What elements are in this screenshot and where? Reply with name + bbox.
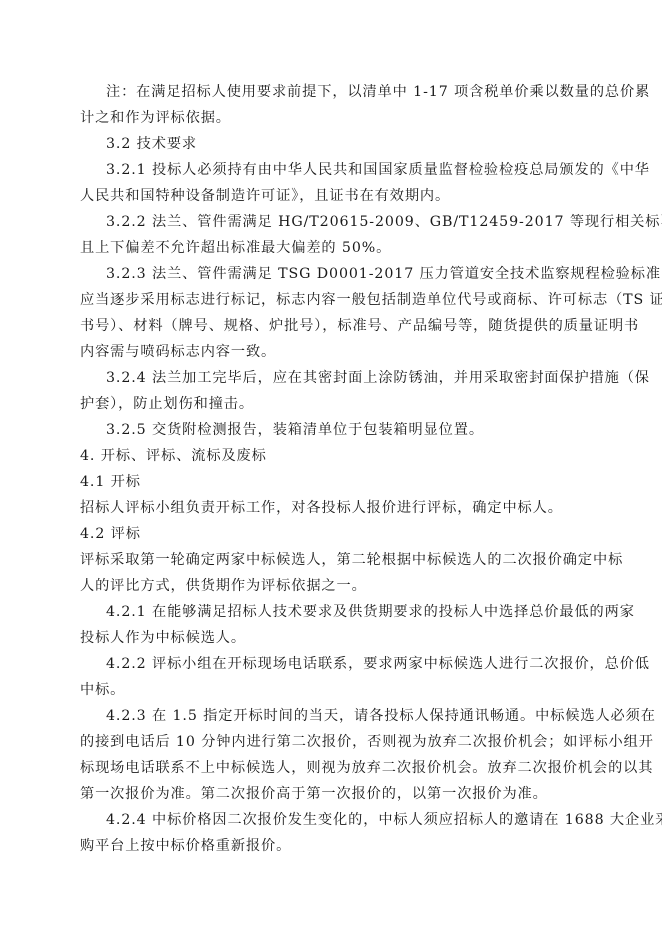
clause-3-2-1-line-1: 3.2.1 投标人必须持有由中华人民共和国国家质量监督检验检疫总局颁发的《中华 xyxy=(80,157,578,183)
clause-4-2-3-line-4: 第一次报价为准。第二次报价高于第一次报价的，以第一次报价为准。 xyxy=(80,781,580,807)
section-4-1-heading: 4.1 开标 xyxy=(80,469,580,495)
section-4-2-body-line-2: 人的评比方式，供货期作为评标依据之一。 xyxy=(80,573,580,599)
section-4-2-heading: 4.2 评标 xyxy=(80,521,580,547)
clause-3-2-5: 3.2.5 交货附检测报告，装箱清单位于包装箱明显位置。 xyxy=(80,417,580,443)
clause-3-2-4-line-1: 3.2.4 法兰加工完毕后，应在其密封面上涂防锈油，并用采取密封面保护措施（保 xyxy=(80,365,578,391)
clause-4-2-3-line-3: 标现场电话联系不上中标候选人，则视为放弃二次报价机会。放弃二次报价机会的以其 xyxy=(80,755,578,781)
clause-4-2-1-line-2: 投标人作为中标候选人。 xyxy=(80,625,580,651)
clause-3-2-1-line-2: 人民共和国特种设备制造许可证》，且证书在有效期内。 xyxy=(80,183,580,209)
clause-4-2-1-line-1: 4.2.1 在能够满足招标人技术要求及供货期要求的投标人中选择总价最低的两家 xyxy=(80,599,578,625)
clause-3-2-3-line-1: 3.2.3 法兰、管件需满足 TSG D0001-2017 压力管道安全技术监察… xyxy=(80,261,578,287)
clause-3-2-3-line-2: 应当逐步采用标志进行标记，标志内容一般包括制造单位代号或商标、许可标志（TS 证 xyxy=(80,287,578,313)
clause-3-2-3-line-3: 书号）、材料（牌号、规格、炉批号），标准号、产品编号等，随货提供的质量证明书 xyxy=(80,313,578,339)
clause-4-2-2-line-2: 中标。 xyxy=(80,677,580,703)
clause-4-2-3-line-2: 的接到电话后 10 分钟内进行第二次报价，否则视为放弃二次报价机会；如评标小组开 xyxy=(80,729,578,755)
document-page: 注：在满足招标人使用要求前提下，以清单中 1-17 项含税单价乘以数量的总价累 … xyxy=(80,79,580,859)
clause-3-2-2-line-2: 且上下偏差不允许超出标准最大偏差的 50%。 xyxy=(80,235,580,261)
clause-3-2-4-line-2: 护套），防止划伤和撞击。 xyxy=(80,391,580,417)
clause-3-2-2-line-1: 3.2.2 法兰、管件需满足 HG/T20615-2009、GB/T12459-… xyxy=(80,209,578,235)
note-line-1: 注：在满足招标人使用要求前提下，以清单中 1-17 项含税单价乘以数量的总价累 xyxy=(80,79,578,105)
section-4-heading: 4. 开标、评标、流标及废标 xyxy=(80,443,580,469)
clause-4-2-2-line-1: 4.2.2 评标小组在开标现场电话联系，要求两家中标候选人进行二次报价，总价低 xyxy=(80,651,578,677)
section-3-2-heading: 3.2 技术要求 xyxy=(80,131,580,157)
clause-4-2-4-line-1: 4.2.4 中标价格因二次报价发生变化的，中标人须应招标人的邀请在 1688 大… xyxy=(80,807,578,833)
section-4-2-body-line-1: 评标采取第一轮确定两家中标候选人，第二轮根据中标候选人的二次报价确定中标 xyxy=(80,547,578,573)
section-4-1-body: 招标人评标小组负责开标工作，对各投标人报价进行评标，确定中标人。 xyxy=(80,495,580,521)
note-line-2: 计之和作为评标依据。 xyxy=(80,105,580,131)
clause-3-2-3-line-4: 内容需与喷码标志内容一致。 xyxy=(80,339,580,365)
clause-4-2-3-line-1: 4.2.3 在 1.5 指定开标时间的当天，请各投标人保持通讯畅通。中标候选人必… xyxy=(80,703,578,729)
clause-4-2-4-line-2: 购平台上按中标价格重新报价。 xyxy=(80,833,580,859)
